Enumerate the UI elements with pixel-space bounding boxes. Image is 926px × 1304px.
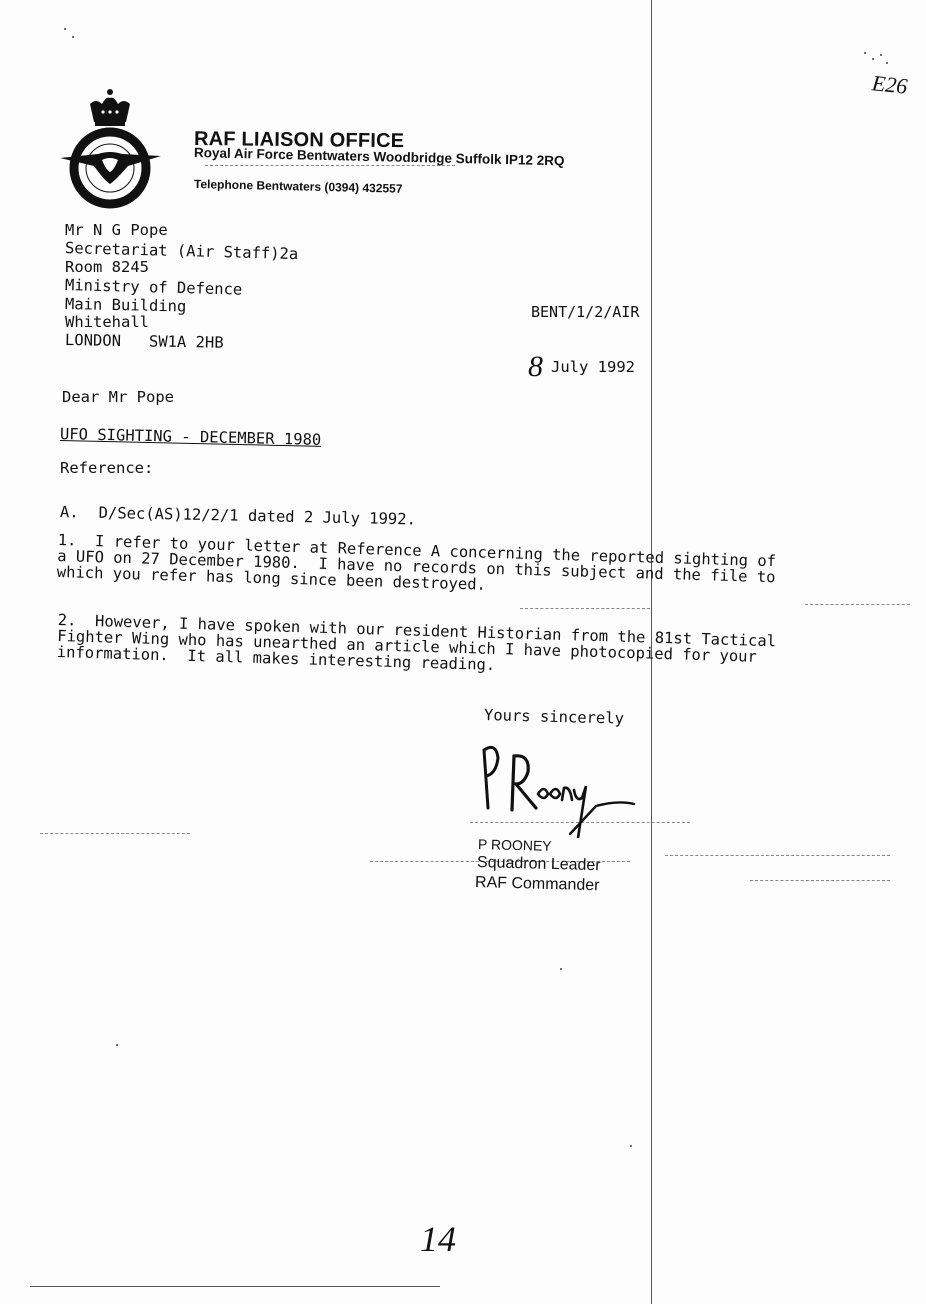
page-edge-line: [30, 1286, 440, 1287]
letterhead-telephone: Telephone Bentwaters (0394) 432557: [194, 177, 403, 196]
reference-letter: A.: [60, 503, 79, 521]
subject-heading: UFO SIGHTING - DECEMBER 1980: [60, 425, 322, 449]
scan-noise: [520, 608, 650, 610]
reference-item: A.D/Sec(AS)12/2/1 dated 2 July 1992.: [60, 503, 416, 528]
scan-speck: [560, 968, 562, 970]
scan-speck: [886, 62, 888, 64]
date-day-handwritten: 8: [528, 350, 543, 383]
scan-speck: [630, 1145, 632, 1147]
scan-speck: [72, 36, 74, 38]
handwritten-signature: [478, 738, 638, 838]
scan-noise: [205, 165, 455, 167]
scan-speck: [64, 28, 66, 30]
scan-noise: [805, 604, 910, 606]
paragraph-2: 2. However, I have spoken with our resid…: [57, 612, 777, 681]
paragraph-1: 1. I refer to your letter at Reference A…: [57, 532, 777, 601]
signatory-role: RAF Commander: [475, 874, 600, 895]
recipient-line: Mr N G Pope: [65, 221, 168, 239]
salutation: Dear Mr Pope: [62, 388, 174, 406]
reference-text: D/Sec(AS)12/2/1 dated 2 July 1992.: [98, 504, 416, 529]
raf-crest-icon: [58, 84, 163, 209]
recipient-line: Room 8245: [65, 258, 149, 276]
page-number: 14: [420, 1218, 456, 1260]
signatory-name: P ROONEY: [478, 836, 552, 854]
scan-speck: [872, 58, 874, 60]
date-month-year: July 1992: [551, 358, 635, 376]
reference-code: BENT/1/2/AIR: [531, 303, 639, 321]
scan-noise: [665, 855, 890, 857]
closing: Yours sincerely: [484, 706, 624, 728]
scan-noise: [750, 880, 890, 882]
scan-speck: [880, 54, 882, 56]
letter-date: 8July 1992: [528, 350, 635, 384]
reference-label: Reference:: [60, 459, 153, 477]
recipient-line: Whitehall: [65, 313, 149, 331]
scan-speck: [116, 1044, 118, 1046]
signatory-rank: Squadron Leader: [477, 854, 601, 875]
letter-page: RAF LIAISON OFFICE Royal Air Force Bentw…: [0, 0, 926, 1304]
scan-noise: [40, 833, 190, 835]
scan-speck: [864, 52, 866, 54]
file-mark: E26: [871, 70, 909, 100]
recipient-line: LONDON SW1A 2HB: [65, 331, 224, 352]
